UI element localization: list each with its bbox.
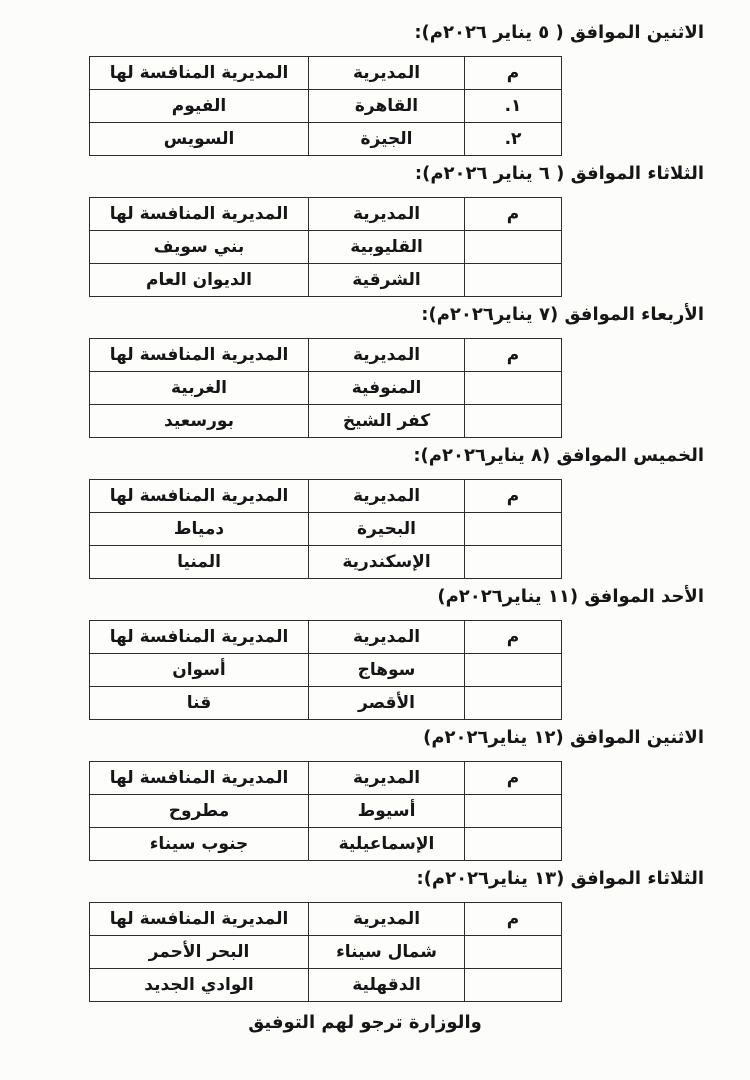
cell-num: ١. bbox=[465, 90, 562, 123]
schedule-section: الثلاثاء الموافق ( ٦ يناير ٢٠٢٦م): م الم… bbox=[0, 163, 750, 297]
cell-num bbox=[465, 654, 562, 687]
col-header-num: م bbox=[465, 57, 562, 90]
cell-competitor: بورسعيد bbox=[90, 405, 309, 438]
schedule-section: الأحد الموافق (١١ يناير٢٠٢٦م) م المديرية… bbox=[0, 586, 750, 720]
cell-competitor: الغربية bbox=[90, 372, 309, 405]
table-row: أسيوط مطروح bbox=[90, 795, 562, 828]
table-row: ١. القاهرة الفيوم bbox=[90, 90, 562, 123]
cell-num bbox=[465, 372, 562, 405]
cell-num bbox=[465, 231, 562, 264]
col-header-directorate: المديرية bbox=[309, 198, 465, 231]
table-row: الإسماعيلية جنوب سيناء bbox=[90, 828, 562, 861]
table-row: البحيرة دمياط bbox=[90, 513, 562, 546]
schedule-table: م المديرية المديرية المنافسة لها شمال سي… bbox=[89, 902, 562, 1002]
col-header-competitor: المديرية المنافسة لها bbox=[90, 903, 309, 936]
table-row: القليوبية بني سويف bbox=[90, 231, 562, 264]
table-header-row: م المديرية المديرية المنافسة لها bbox=[90, 339, 562, 372]
cell-directorate: الإسماعيلية bbox=[309, 828, 465, 861]
cell-directorate: الجيزة bbox=[309, 123, 465, 156]
cell-competitor: الديوان العام bbox=[90, 264, 309, 297]
table-header-row: م المديرية المديرية المنافسة لها bbox=[90, 198, 562, 231]
cell-competitor: قنا bbox=[90, 687, 309, 720]
table-header-row: م المديرية المديرية المنافسة لها bbox=[90, 903, 562, 936]
table-row: الدقهلية الوادي الجديد bbox=[90, 969, 562, 1002]
date-heading: الثلاثاء الموافق (١٣ يناير٢٠٢٦م): bbox=[0, 868, 704, 890]
table-row: الشرقية الديوان العام bbox=[90, 264, 562, 297]
cell-directorate: سوهاج bbox=[309, 654, 465, 687]
cell-directorate: القاهرة bbox=[309, 90, 465, 123]
schedule-table: م المديرية المديرية المنافسة لها المنوفي… bbox=[89, 338, 562, 438]
cell-directorate: الإسكندرية bbox=[309, 546, 465, 579]
date-heading: الثلاثاء الموافق ( ٦ يناير ٢٠٢٦م): bbox=[0, 163, 704, 185]
cell-competitor: الفيوم bbox=[90, 90, 309, 123]
table-row: سوهاج أسوان bbox=[90, 654, 562, 687]
col-header-competitor: المديرية المنافسة لها bbox=[90, 198, 309, 231]
col-header-directorate: المديرية bbox=[309, 762, 465, 795]
col-header-num: م bbox=[465, 621, 562, 654]
table-header-row: م المديرية المديرية المنافسة لها bbox=[90, 762, 562, 795]
cell-num bbox=[465, 936, 562, 969]
cell-num bbox=[465, 687, 562, 720]
schedule-table: م المديرية المديرية المنافسة لها ١. القا… bbox=[89, 56, 562, 156]
schedule-section: الثلاثاء الموافق (١٣ يناير٢٠٢٦م): م المد… bbox=[0, 868, 750, 1002]
cell-directorate: الأقصر bbox=[309, 687, 465, 720]
cell-directorate: الشرقية bbox=[309, 264, 465, 297]
col-header-num: م bbox=[465, 198, 562, 231]
col-header-competitor: المديرية المنافسة لها bbox=[90, 339, 309, 372]
cell-competitor: السويس bbox=[90, 123, 309, 156]
schedule-table: م المديرية المديرية المنافسة لها أسيوط م… bbox=[89, 761, 562, 861]
cell-directorate: المنوفية bbox=[309, 372, 465, 405]
cell-competitor: المنيا bbox=[90, 546, 309, 579]
cell-num bbox=[465, 795, 562, 828]
schedule-section: الخميس الموافق (٨ يناير٢٠٢٦م): م المديري… bbox=[0, 445, 750, 579]
table-row: الأقصر قنا bbox=[90, 687, 562, 720]
table-header-row: م المديرية المديرية المنافسة لها bbox=[90, 621, 562, 654]
cell-num: ٢. bbox=[465, 123, 562, 156]
col-header-directorate: المديرية bbox=[309, 903, 465, 936]
col-header-competitor: المديرية المنافسة لها bbox=[90, 57, 309, 90]
date-heading: الاثنين الموافق (١٢ يناير٢٠٢٦م) bbox=[0, 727, 704, 749]
cell-directorate: الدقهلية bbox=[309, 969, 465, 1002]
table-row: شمال سيناء البحر الأحمر bbox=[90, 936, 562, 969]
schedule-section: الأربعاء الموافق (٧ يناير٢٠٢٦م): م المدي… bbox=[0, 304, 750, 438]
cell-competitor: جنوب سيناء bbox=[90, 828, 309, 861]
schedule-table: م المديرية المديرية المنافسة لها سوهاج أ… bbox=[89, 620, 562, 720]
col-header-competitor: المديرية المنافسة لها bbox=[90, 480, 309, 513]
cell-competitor: الوادي الجديد bbox=[90, 969, 309, 1002]
table-row: المنوفية الغربية bbox=[90, 372, 562, 405]
cell-directorate: شمال سيناء bbox=[309, 936, 465, 969]
col-header-competitor: المديرية المنافسة لها bbox=[90, 621, 309, 654]
cell-num bbox=[465, 828, 562, 861]
cell-directorate: كفر الشيخ bbox=[309, 405, 465, 438]
cell-num bbox=[465, 264, 562, 297]
scanned-document-page: الاثنين الموافق ( ٥ يناير ٢٠٢٦م): م المد… bbox=[0, 0, 750, 1033]
cell-competitor: بني سويف bbox=[90, 231, 309, 264]
schedule-section: الاثنين الموافق (١٢ يناير٢٠٢٦م) م المدير… bbox=[0, 727, 750, 861]
table-row: كفر الشيخ بورسعيد bbox=[90, 405, 562, 438]
schedule-table: م المديرية المديرية المنافسة لها القليوب… bbox=[89, 197, 562, 297]
cell-num bbox=[465, 405, 562, 438]
col-header-directorate: المديرية bbox=[309, 480, 465, 513]
table-row: ٢. الجيزة السويس bbox=[90, 123, 562, 156]
cell-directorate: أسيوط bbox=[309, 795, 465, 828]
cell-competitor: مطروح bbox=[90, 795, 309, 828]
col-header-directorate: المديرية bbox=[309, 621, 465, 654]
table-header-row: م المديرية المديرية المنافسة لها bbox=[90, 480, 562, 513]
cell-num bbox=[465, 513, 562, 546]
col-header-num: م bbox=[465, 480, 562, 513]
col-header-num: م bbox=[465, 762, 562, 795]
cell-competitor: دمياط bbox=[90, 513, 309, 546]
schedule-section: الاثنين الموافق ( ٥ يناير ٢٠٢٦م): م المد… bbox=[0, 22, 750, 156]
cell-competitor: أسوان bbox=[90, 654, 309, 687]
date-heading: الأربعاء الموافق (٧ يناير٢٠٢٦م): bbox=[0, 304, 704, 326]
closing-wish-text: والوزارة ترجو لهم التوفيق bbox=[130, 1012, 600, 1033]
date-heading: الأحد الموافق (١١ يناير٢٠٢٦م) bbox=[0, 586, 704, 608]
table-header-row: م المديرية المديرية المنافسة لها bbox=[90, 57, 562, 90]
col-header-directorate: المديرية bbox=[309, 57, 465, 90]
cell-competitor: البحر الأحمر bbox=[90, 936, 309, 969]
col-header-competitor: المديرية المنافسة لها bbox=[90, 762, 309, 795]
cell-num bbox=[465, 546, 562, 579]
col-header-directorate: المديرية bbox=[309, 339, 465, 372]
date-heading: الخميس الموافق (٨ يناير٢٠٢٦م): bbox=[0, 445, 704, 467]
col-header-num: م bbox=[465, 903, 562, 936]
schedule-table: م المديرية المديرية المنافسة لها البحيرة… bbox=[89, 479, 562, 579]
cell-directorate: القليوبية bbox=[309, 231, 465, 264]
table-row: الإسكندرية المنيا bbox=[90, 546, 562, 579]
col-header-num: م bbox=[465, 339, 562, 372]
cell-num bbox=[465, 969, 562, 1002]
date-heading: الاثنين الموافق ( ٥ يناير ٢٠٢٦م): bbox=[0, 22, 704, 44]
cell-directorate: البحيرة bbox=[309, 513, 465, 546]
